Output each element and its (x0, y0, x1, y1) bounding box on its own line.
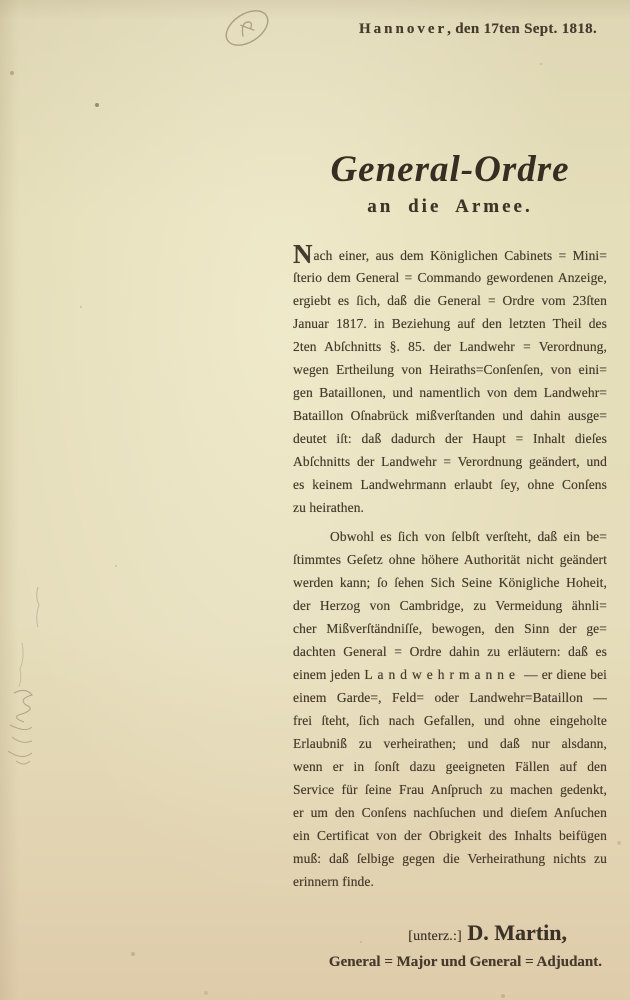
paper-specks (0, 0, 2, 2)
text-line: Januar 1817. in Beziehung auf den letzte… (293, 312, 607, 335)
text-line: zu heirathen. (293, 496, 607, 519)
text-line: es keinem Landwehrmann erlaubt ſey, ohne… (293, 473, 607, 496)
signature-prefix: [unterz.:] (408, 929, 462, 944)
body-text: Nach einer, aus dem Königlichen Cabinets… (293, 243, 607, 893)
collector-stamp-icon (219, 3, 275, 53)
page-subtitle: an die Armee. (293, 196, 607, 218)
signature-block: [unterz.:] D. Martin, General = Major un… (293, 918, 607, 972)
text-line: ſtimmtes Geſetz ohne höhere Authorität n… (293, 548, 607, 571)
signature-role: General = Major und General = Adjudant. (293, 952, 607, 972)
title-block: General-Ordre an die Armee. (293, 148, 607, 218)
text-line: der Herzog von Cambridge, zu Vermeidung … (293, 594, 607, 617)
signature-name-line: [unterz.:] D. Martin, (293, 918, 607, 952)
text-line: er um den Conſens nachſuchen und dieſem … (293, 801, 607, 824)
text-line: Abſchnitts der Landwehr = Verordnung geä… (293, 450, 607, 473)
text-line: Obwohl es ſich von ſelbſt verſteht, daß … (293, 525, 607, 548)
text-line: ein Certificat von der Obrigkeit des Inh… (293, 824, 607, 847)
dateline: Hannover, den 17ten Sept. 1818. (0, 21, 597, 38)
text-line: werden kann; ſo ſehen Sich Seine Königli… (293, 571, 607, 594)
dateline-date: , den 17ten Sept. 1818. (447, 21, 597, 37)
text-line: cher Mißverſtändniſſe, bewogen, den Sinn… (293, 617, 607, 640)
text-line: 2ten Abſchnitts §. 85. der Landwehr = Ve… (293, 335, 607, 358)
document-page: Hannover, den 17ten Sept. 1818. General-… (0, 0, 630, 1000)
text-line: dachten General = Ordre dahin zu erläute… (293, 640, 607, 663)
text-line: Service für ſeine Frau Anſpruch zu mache… (293, 778, 607, 801)
paragraph: Obwohl es ſich von ſelbſt verſteht, daß … (293, 525, 607, 893)
text-line: frei ſteht, ſich nach Gefallen, und ohne… (293, 709, 607, 732)
text-line: ſterio dem General = Commando gewordenen… (293, 266, 607, 289)
paragraph: Nach einer, aus dem Königlichen Cabinets… (293, 243, 607, 519)
text-line: deutet iſt: daß dadurch der Haupt = Inha… (293, 427, 607, 450)
text-line: Erlaubniß zu verheirathen; und daß nur a… (293, 732, 607, 755)
text-line: ergiebt es ſich, daß die General = Ordre… (293, 289, 607, 312)
text-line: wegen Ertheilung von Heiraths=Conſenſen,… (293, 358, 607, 381)
page-title: General-Ordre (293, 148, 607, 192)
text-line: muß: daß ſelbige gegen die Verheirathung… (293, 847, 607, 870)
text-line: einem Garde=, Feld= oder Landwehr=Batail… (293, 686, 607, 709)
text-line: einem jeden Landwehrmanne — er diene bei (293, 663, 607, 686)
signature-name: D. Martin, (462, 920, 567, 945)
pencil-marks (0, 565, 60, 785)
text-line: gen Bataillonen, und namentlich von dem … (293, 381, 607, 404)
text-line: Bataillon Oſnabrück mißverſtanden und da… (293, 404, 607, 427)
text-line: Nach einer, aus dem Königlichen Cabinets… (293, 243, 607, 266)
text-line: erinnern finde. (293, 870, 607, 893)
text-line: wenn er in ſonſt dazu geeigneten Fällen … (293, 755, 607, 778)
dateline-place: Hannover (359, 21, 447, 37)
